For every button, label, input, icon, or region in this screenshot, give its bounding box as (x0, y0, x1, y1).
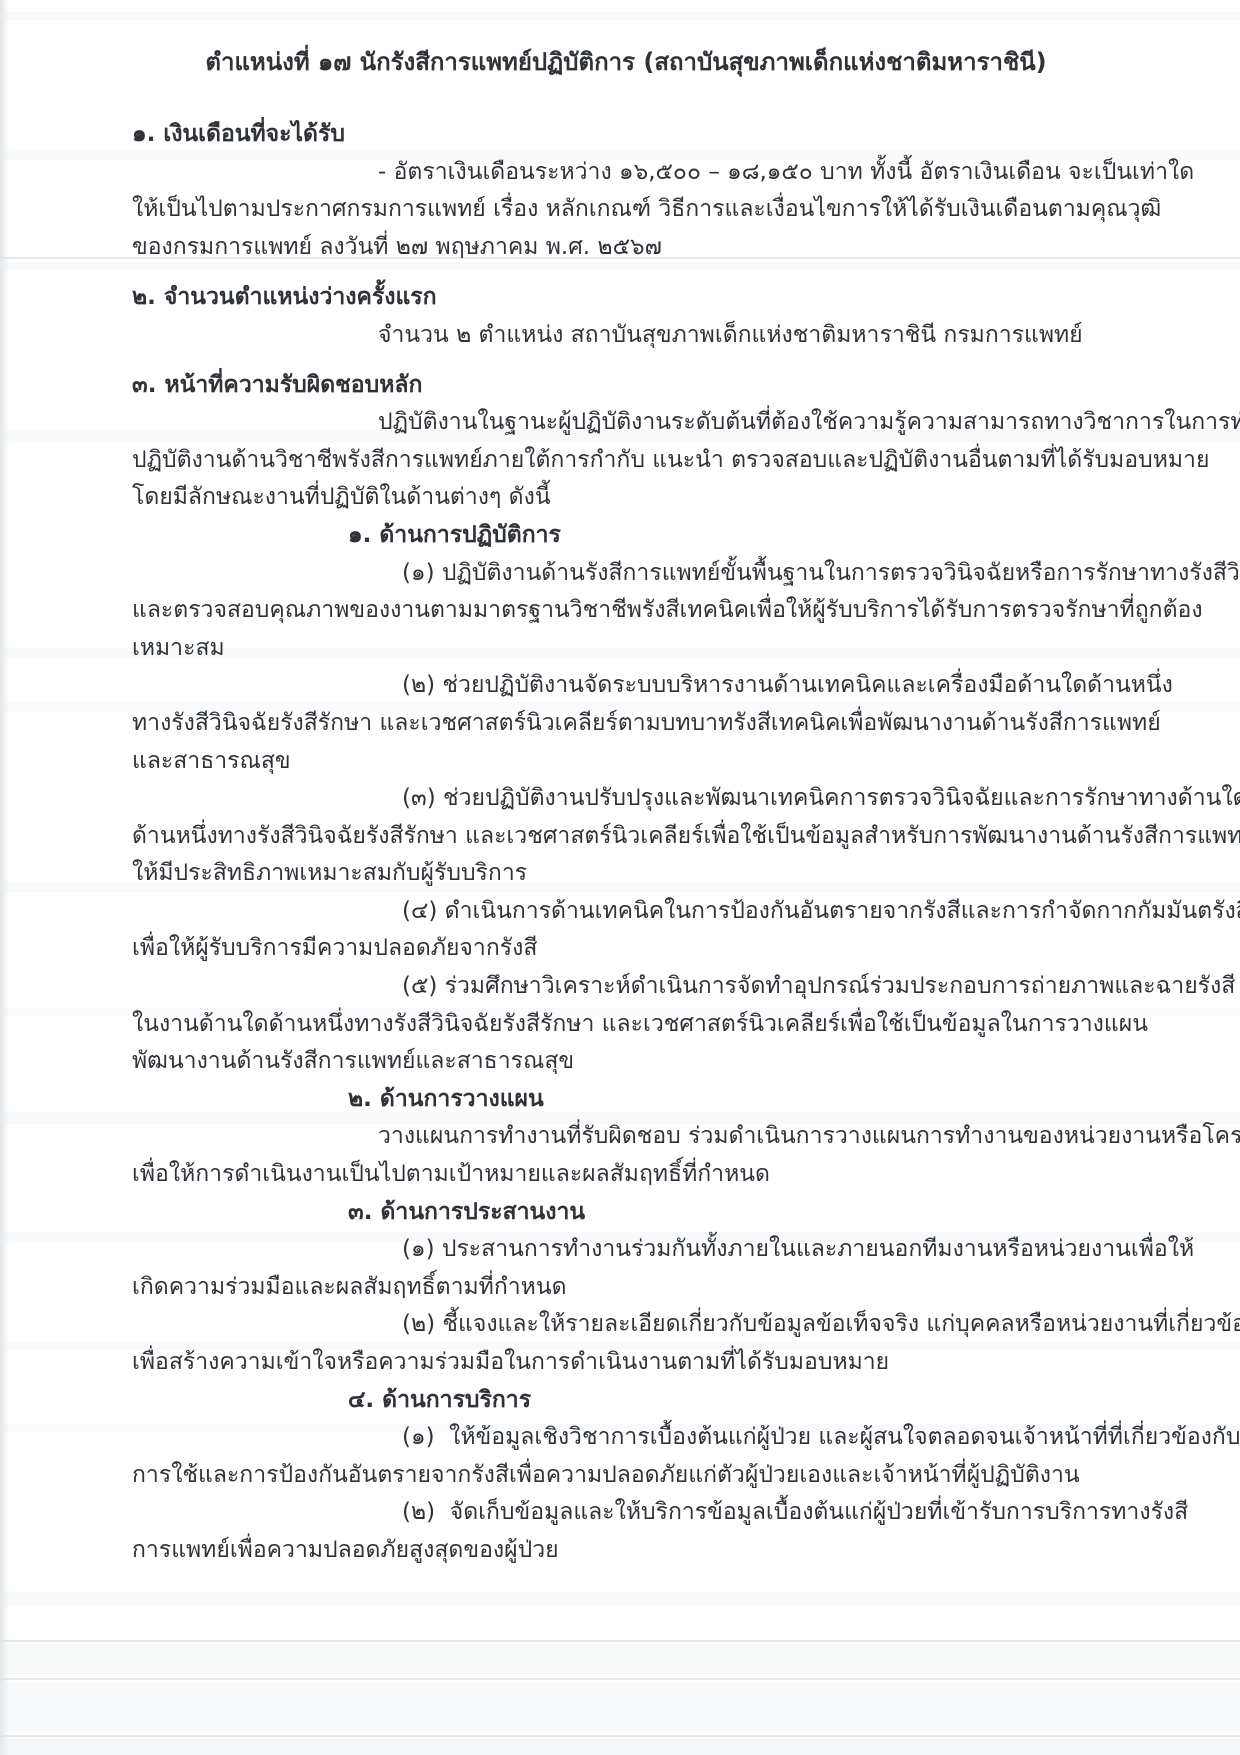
text-line: ปฏิบัติงานด้านวิชาชีพรังสีการแพทย์ภายใต้… (132, 442, 1120, 480)
list-item-line: (๑) ประสานการทำงานร่วมกันทั้งภายในและภาย… (132, 1231, 1120, 1269)
text-line: วางแผนการทำงานที่รับผิดชอบ ร่วมดำเนินการ… (132, 1118, 1120, 1156)
list-item-line: (๒) ชี้แจงและให้รายละเอียดเกี่ยวกับข้อมู… (132, 1306, 1120, 1344)
subsection-heading-coordination: ๓. ด้านการประสานงาน (132, 1194, 1120, 1232)
text-line: ในงานด้านใดด้านหนึ่งทางรังสีวินิจฉัยรังส… (132, 1006, 1120, 1044)
page-edge-shadow (0, 0, 9, 1755)
text-line: ปฏิบัติงานในฐานะผู้ปฏิบัติงานระดับต้นที่… (132, 404, 1120, 442)
text-line: และตรวจสอบคุณภาพของงานตามมาตรฐานวิชาชีพร… (132, 592, 1120, 630)
text-line: จำนวน ๒ ตำแหน่ง สถาบันสุขภาพเด็กแห่งชาติ… (132, 317, 1120, 355)
section-heading-salary: ๑. เงินเดือนที่จะได้รับ (132, 116, 1120, 154)
text-line: ด้านหนึ่งทางรังสีวินิจฉัยรังสีรักษา และเ… (132, 818, 1120, 856)
subsection-heading-operations: ๑. ด้านการปฏิบัติการ (132, 517, 1120, 555)
text-line: ทางรังสีวินิจฉัยรังสีรักษา และเวชศาสตร์น… (132, 705, 1120, 743)
list-item-line: (๒) ช่วยปฏิบัติงานจัดระบบบริหารงานด้านเท… (132, 667, 1120, 705)
text-line: พัฒนางานด้านรังสีการแพทย์และสาธารณสุข (132, 1043, 1120, 1081)
document-title: ตำแหน่งที่ ๑๗ นักรังสีการแพทย์ปฏิบัติการ… (132, 40, 1120, 84)
section-heading-duties: ๓. หน้าที่ความรับผิดชอบหลัก (132, 367, 1120, 405)
scan-artifact (0, 1678, 1240, 1680)
scan-artifact (0, 1640, 1240, 1642)
scanned-document-page: ตำแหน่งที่ ๑๗ นักรังสีการแพทย์ปฏิบัติการ… (0, 0, 1240, 1755)
text-line: และสาธารณสุข (132, 743, 1120, 781)
text-line: ให้มีประสิทธิภาพเหมาะสมกับผู้รับบริการ (132, 855, 1120, 893)
list-item-line: (๑) ให้ข้อมูลเชิงวิชาการเบื้องต้นแก่ผู้ป… (132, 1419, 1120, 1457)
text-line: เพื่อสร้างความเข้าใจหรือความร่วมมือในการ… (132, 1344, 1120, 1382)
text-line: การแพทย์เพื่อความปลอดภัยสูงสุดของผู้ป่วย (132, 1532, 1120, 1570)
list-item-line: (๕) ร่วมศึกษาวิเคราะห์ดำเนินการจัดทำอุปก… (132, 968, 1120, 1006)
list-item-line: (๑) ปฏิบัติงานด้านรังสีการแพทย์ขั้นพื้นฐ… (132, 555, 1120, 593)
text-line: เพื่อให้ผู้รับบริการมีความปลอดภัยจากรังส… (132, 930, 1120, 968)
section-heading-vacancies: ๒. จำนวนตำแหน่งว่างครั้งแรก (132, 279, 1120, 317)
scan-artifact (0, 1592, 1240, 1606)
text-line: ของกรมการแพทย์ ลงวันที่ ๒๗ พฤษภาคม พ.ศ. … (132, 229, 1120, 267)
text-line: - อัตราเงินเดือนระหว่าง ๑๖,๕๐๐ – ๑๘,๑๕๐ … (132, 154, 1120, 192)
text-line: เหมาะสม (132, 630, 1120, 668)
scan-artifact (0, 1682, 1240, 1732)
list-item-line: (๔) ดำเนินการด้านเทคนิคในการป้องกันอันตร… (132, 893, 1120, 931)
scan-artifact (0, 12, 1240, 20)
scan-artifact (0, 1735, 1240, 1737)
list-item-line: (๓) ช่วยปฏิบัติงานปรับปรุงและพัฒนาเทคนิค… (132, 780, 1120, 818)
subsection-heading-planning: ๒. ด้านการวางแผน (132, 1081, 1120, 1119)
scan-artifact (0, 1644, 1240, 1674)
text-line: โดยมีลักษณะงานที่ปฏิบัติในด้านต่างๆ ดังน… (132, 479, 1120, 517)
text-line: การใช้และการป้องกันอันตรายจากรังสีเพื่อค… (132, 1457, 1120, 1495)
scan-artifact (0, 1738, 1240, 1755)
document-body: ตำแหน่งที่ ๑๗ นักรังสีการแพทย์ปฏิบัติการ… (132, 40, 1120, 1570)
text-line: ให้เป็นไปตามประกาศกรมการแพทย์ เรื่อง หลั… (132, 191, 1120, 229)
text-line: เพื่อให้การดำเนินงานเป็นไปตามเป้าหมายและ… (132, 1156, 1120, 1194)
text-line: เกิดความร่วมมือและผลสัมฤทธิ์ตามที่กำหนด (132, 1269, 1120, 1307)
list-item-line: (๒) จัดเก็บข้อมูลและให้บริการข้อมูลเบื้อ… (132, 1494, 1120, 1532)
subsection-heading-service: ๔. ด้านการบริการ (132, 1382, 1120, 1420)
